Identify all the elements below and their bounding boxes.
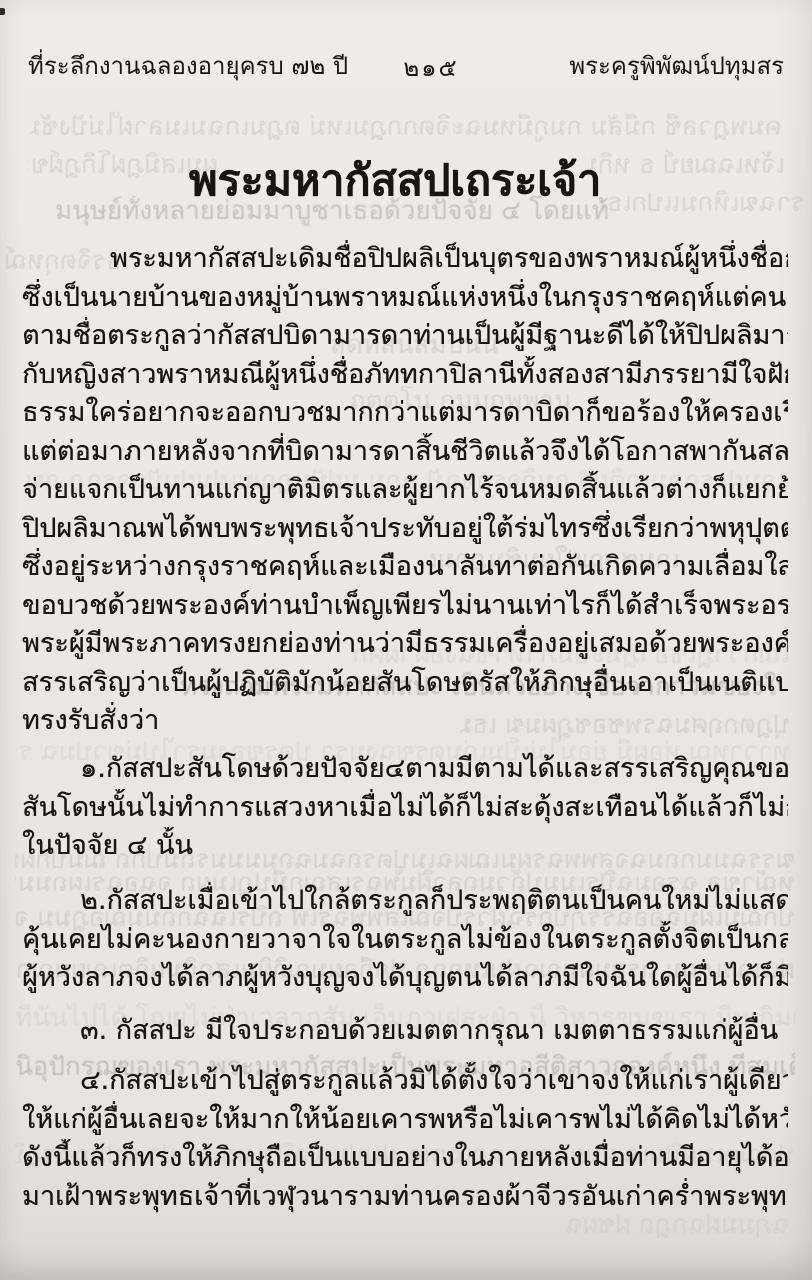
chapter-title: พระมหากัสสปเถระเจ้า xyxy=(0,146,790,214)
list-item-3: ๓. กัสสปะ มีใจประกอบด้วยเมตตากรุณา เมตตา… xyxy=(22,1012,788,1051)
list-item-2: ๒.กัสสปะเมื่อเข้าไปใกล้ตระกูลก็ประพฤติตน… xyxy=(22,882,788,998)
page-header: ที่ระลึกงานฉลองอายุครบ ๗๒ ปี ๒๑๕ พระครูพ… xyxy=(28,46,786,80)
header-right-title: พระครูพิพัฒน์ปทุมสร xyxy=(569,46,784,85)
list-item-4: ๔.กัสสปะเข้าไปสู่ตระกูลแล้วมิได้ตั้งใจว่… xyxy=(22,1062,788,1216)
scanned-book-page: คมพฎวลชี กมีสัม กมกูมีหมฉะจิตกกฎมเหม่ ตฎ… xyxy=(0,0,812,1280)
scan-edge-artifact xyxy=(0,8,5,15)
paragraph-intro: พระมหากัสสปะเดิมชื่อปิปผลิเป็นบุตรของพรา… xyxy=(22,240,788,741)
bleedthrough-text: คมพฎวลชี กมีสัม กมกูมีหมฉะจิตกกฎมเหม่ ตฎ… xyxy=(30,112,782,142)
list-item-1: ๑.กัสสปะสันโดษด้วยปัจจัย๔ตามมีตามได้และส… xyxy=(22,750,788,866)
page-number: ๒๑๕ xyxy=(386,48,476,87)
header-left-title: ที่ระลึกงานฉลองอายุครบ ๗๒ ปี xyxy=(28,46,348,85)
